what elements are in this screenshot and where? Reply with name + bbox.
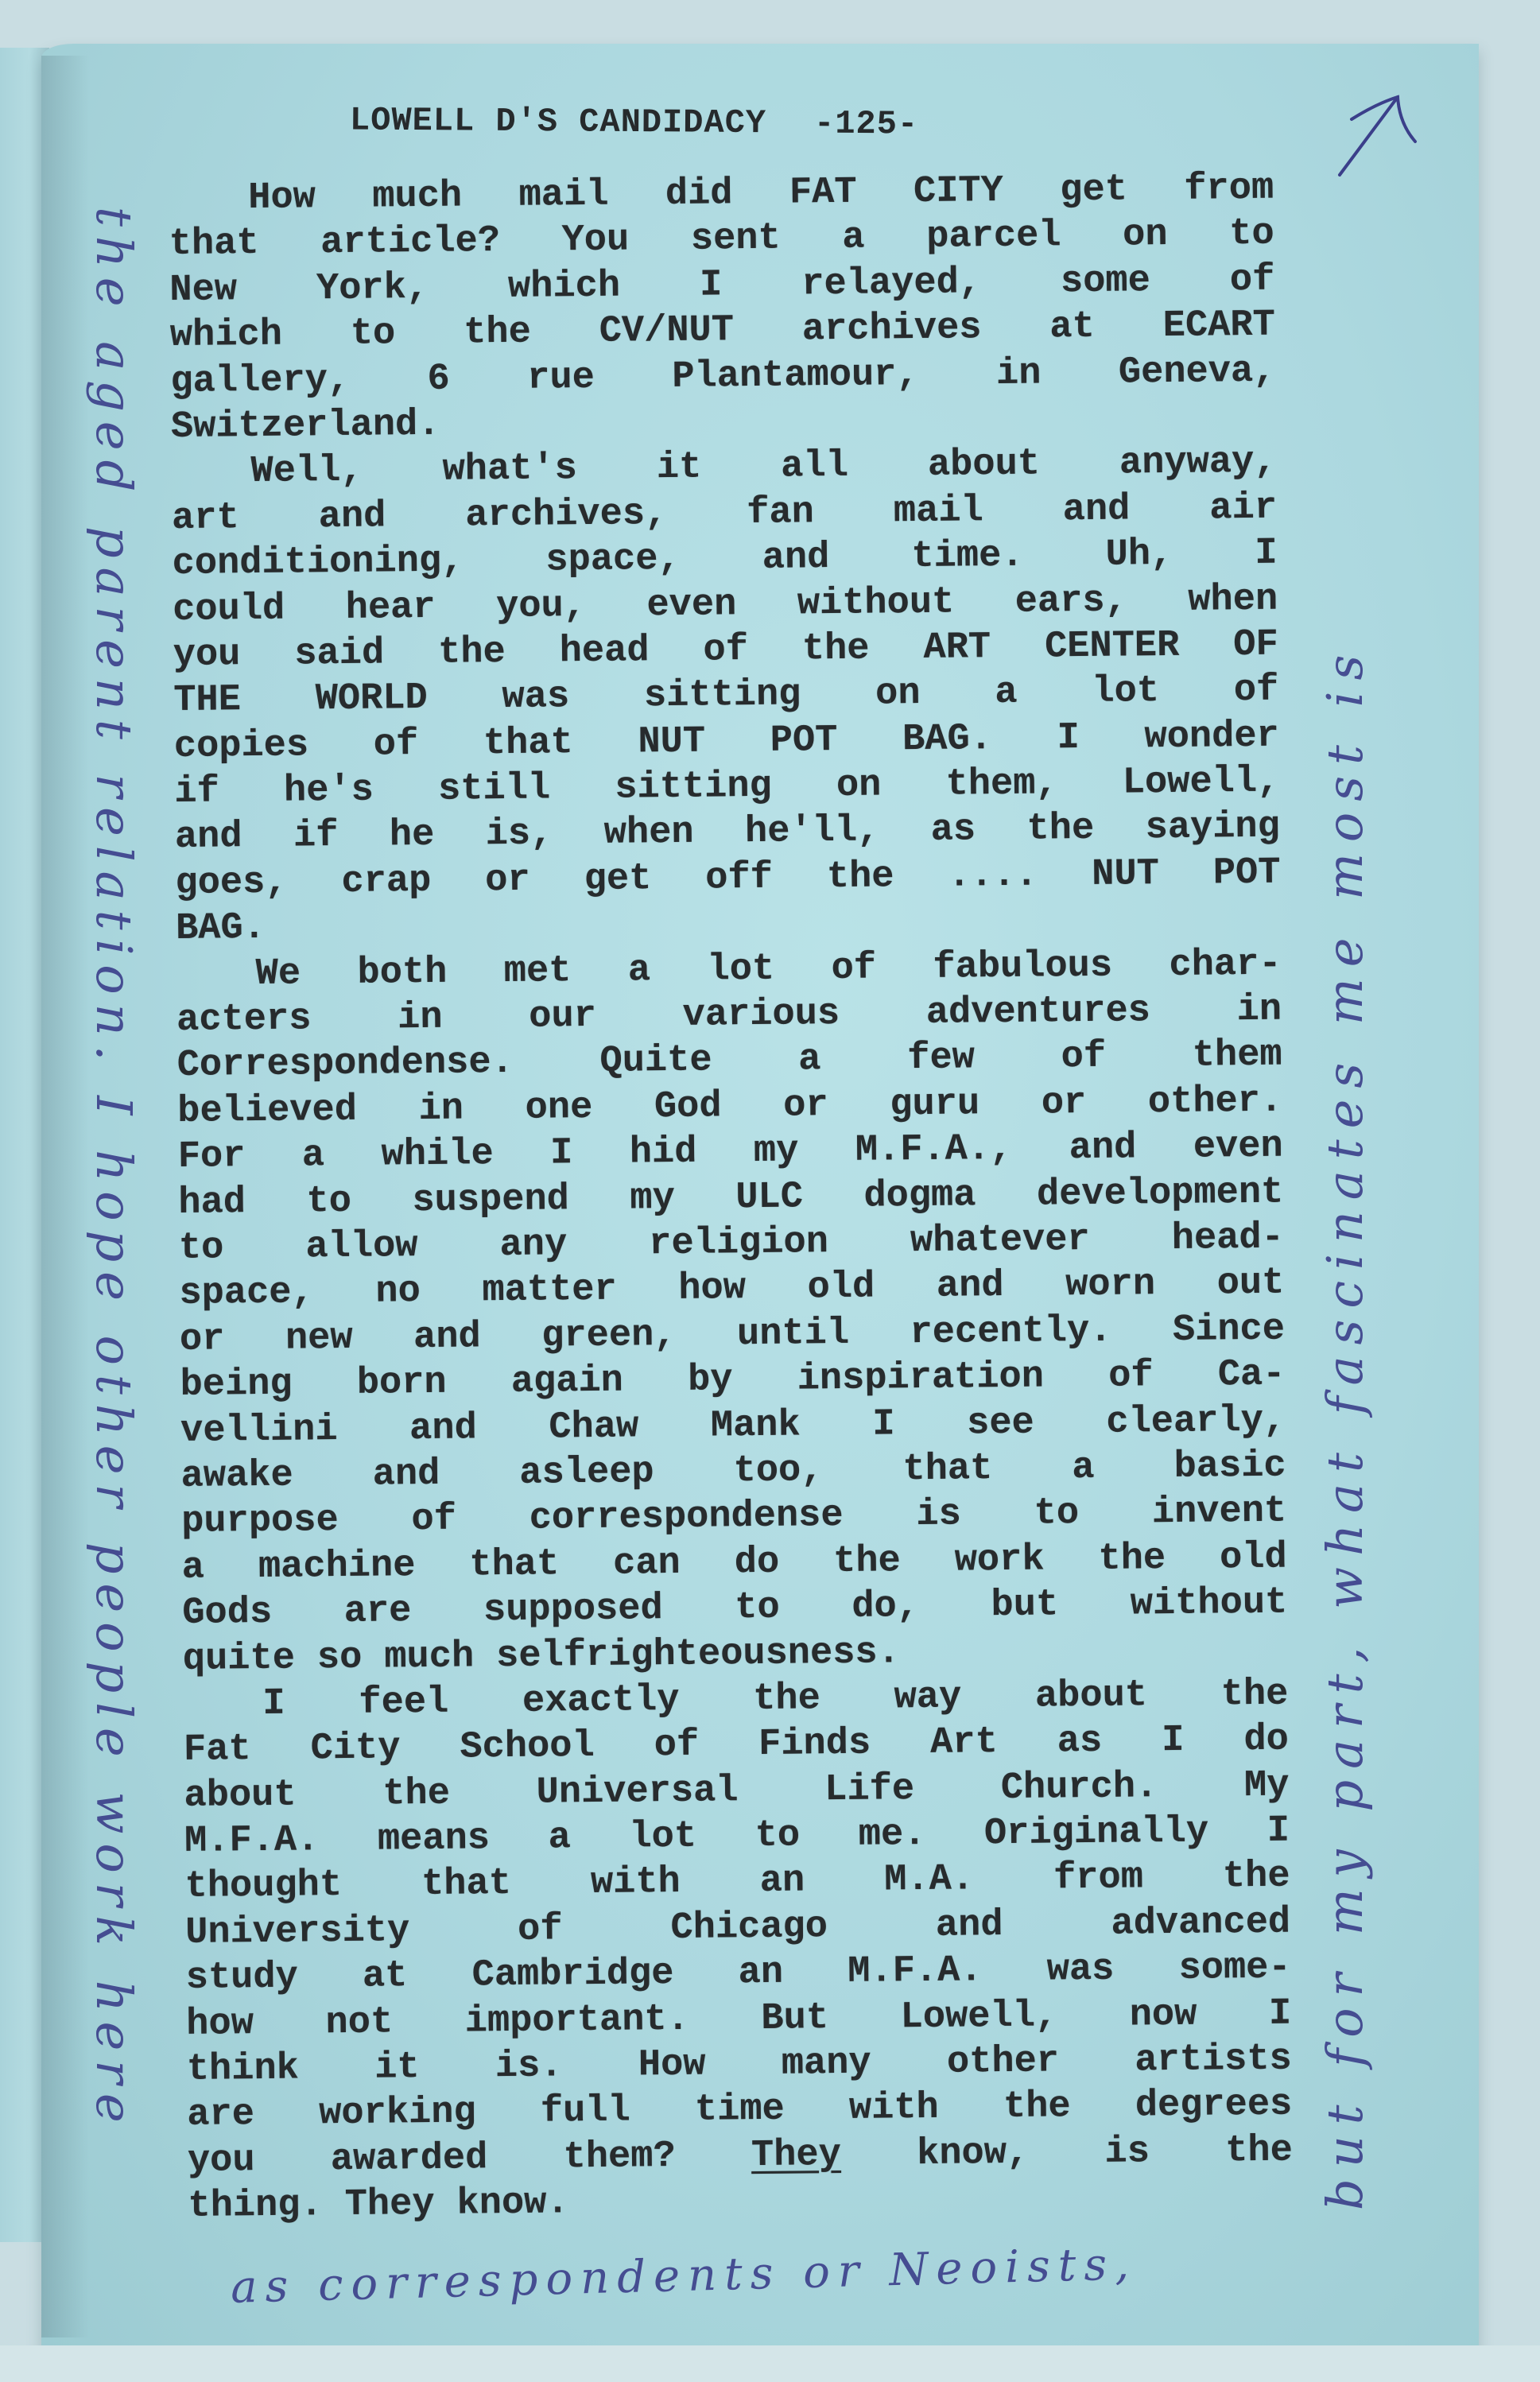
- page-gutter-shadow: [41, 56, 89, 2337]
- word: he: [390, 813, 435, 859]
- word: a: [182, 1545, 205, 1591]
- word: a: [548, 1815, 571, 1861]
- word: it: [657, 445, 702, 491]
- word: did: [665, 171, 733, 217]
- word: Switzerland.: [171, 402, 440, 451]
- word: Chaw: [549, 1404, 638, 1450]
- word: do: [734, 1539, 779, 1585]
- word: Correspondense.: [176, 1040, 514, 1088]
- word: do: [1243, 1717, 1289, 1763]
- word: one: [525, 1085, 592, 1131]
- word: I: [550, 1131, 573, 1177]
- word: no: [375, 1269, 421, 1315]
- word: a: [1072, 1445, 1095, 1492]
- word: it: [374, 2045, 420, 2091]
- word: out: [1216, 1261, 1284, 1307]
- word: M.F.A.: [184, 1818, 320, 1864]
- word: My: [1244, 1763, 1290, 1809]
- word: them?: [563, 2134, 676, 2181]
- word: and: [372, 1452, 440, 1498]
- word: various: [682, 991, 840, 1038]
- running-header: LOWELL D'S CANDIDACY-125-: [350, 102, 918, 144]
- word: at: [363, 1953, 408, 2000]
- word: our: [529, 994, 596, 1040]
- word: of: [703, 627, 748, 673]
- word: and: [409, 1406, 477, 1452]
- word: degrees: [1135, 2082, 1293, 2129]
- word: Quite: [599, 1038, 712, 1085]
- word: New: [169, 267, 237, 313]
- word: and: [319, 494, 386, 540]
- word: Originally: [984, 1810, 1209, 1857]
- word: as: [930, 808, 976, 854]
- word: some-: [1178, 1946, 1291, 1992]
- word: way: [894, 1674, 961, 1721]
- word: means: [378, 1816, 491, 1863]
- word: much: [384, 1634, 474, 1680]
- word: worn: [1065, 1263, 1155, 1309]
- word: M.F.A.,: [855, 1127, 1013, 1174]
- word: POT: [770, 718, 837, 764]
- word: recently.: [910, 1308, 1111, 1356]
- word: without: [797, 580, 955, 627]
- word: still: [438, 766, 551, 813]
- word: religion: [649, 1220, 828, 1267]
- word: I: [1255, 531, 1278, 577]
- word: I: [1267, 1809, 1290, 1855]
- word: of: [1108, 1353, 1154, 1399]
- word: For: [178, 1134, 246, 1180]
- word: 6: [427, 356, 450, 402]
- word: off: [705, 855, 773, 902]
- word: the: [802, 626, 870, 672]
- word: article?: [320, 219, 500, 266]
- word: is,: [485, 812, 553, 858]
- word: mail: [518, 173, 608, 219]
- word: How: [248, 175, 316, 221]
- word: with: [591, 1860, 681, 1906]
- word: lot: [629, 1814, 696, 1860]
- word: working: [319, 2090, 476, 2137]
- word: by: [688, 1357, 733, 1403]
- word: I: [872, 1402, 895, 1448]
- word: York,: [316, 266, 429, 312]
- word: quite: [183, 1635, 296, 1682]
- word: M.A.: [884, 1857, 974, 1903]
- word: the: [438, 630, 506, 676]
- word: are: [187, 2092, 254, 2138]
- word: that: [421, 1861, 511, 1907]
- word: whatever: [910, 1217, 1090, 1265]
- word: or: [180, 1317, 225, 1363]
- word: to: [351, 311, 396, 357]
- word: M.F.A.: [848, 1949, 983, 1996]
- word: the: [827, 854, 894, 900]
- word: basic: [1173, 1444, 1286, 1491]
- word: to: [754, 1814, 800, 1860]
- word: while: [381, 1131, 494, 1178]
- word: new: [285, 1316, 353, 1362]
- word: on: [1123, 212, 1168, 258]
- word: lot: [707, 946, 774, 992]
- word: that: [169, 221, 259, 267]
- word: ears,: [1015, 578, 1128, 625]
- word: mail: [894, 488, 983, 534]
- word: of: [1061, 1034, 1106, 1080]
- word: Universal: [536, 1768, 738, 1816]
- word: selfrighteousness.: [496, 1630, 900, 1679]
- word: to: [306, 1178, 351, 1224]
- word: thought: [184, 1863, 342, 1910]
- word: hear: [346, 584, 436, 630]
- word: Geneva,: [1119, 348, 1276, 395]
- word: dogma: [863, 1173, 976, 1220]
- word: you: [188, 2138, 255, 2184]
- word: asleep: [519, 1449, 654, 1496]
- word: I: [262, 1682, 285, 1728]
- word: was: [1046, 1947, 1114, 1993]
- word: when: [1188, 576, 1278, 623]
- word: lot: [1092, 669, 1159, 715]
- word: is: [1104, 2129, 1150, 2175]
- word: an: [760, 1859, 805, 1905]
- word: believed: [177, 1088, 357, 1135]
- word: relayed,: [801, 260, 981, 308]
- word: City: [310, 1726, 400, 1772]
- word: and: [413, 1314, 481, 1360]
- word: crap: [341, 859, 431, 905]
- word: of: [1234, 668, 1279, 714]
- header-title: LOWELL D'S CANDIDACY: [350, 102, 766, 143]
- word: feel: [359, 1680, 448, 1726]
- word: air: [1209, 485, 1277, 531]
- word: about: [1035, 1673, 1148, 1720]
- word: the: [833, 1538, 901, 1585]
- word: green,: [541, 1313, 677, 1360]
- word: God: [654, 1084, 722, 1130]
- word: until: [737, 1311, 850, 1358]
- word: in: [398, 995, 443, 1042]
- word: head-: [1172, 1216, 1285, 1263]
- word: to: [735, 1585, 780, 1631]
- word: without: [1131, 1581, 1288, 1627]
- word: full: [541, 2089, 630, 2135]
- word: he'll,: [745, 809, 880, 855]
- word: that: [469, 1542, 559, 1588]
- word: any: [499, 1222, 567, 1268]
- word: many: [782, 2041, 871, 2087]
- handwritten-right-margin-note: but for my part, what fascinates me most…: [1316, 644, 1374, 2210]
- word: think: [187, 2046, 300, 2093]
- word: acters: [176, 996, 312, 1043]
- word: see: [967, 1400, 1034, 1446]
- word: you,: [496, 584, 586, 630]
- word: to: [179, 1225, 224, 1271]
- word: other.: [1148, 1078, 1283, 1125]
- word: THE: [173, 677, 241, 724]
- word: supposed: [483, 1586, 663, 1634]
- word: NUT: [638, 719, 705, 765]
- word: Mank: [711, 1402, 801, 1449]
- word: We: [255, 951, 301, 997]
- word: Plantamour,: [672, 352, 919, 400]
- word: them,: [945, 761, 1058, 808]
- word: matter: [482, 1267, 617, 1314]
- word: Ca-: [1218, 1352, 1286, 1399]
- word: art: [172, 495, 239, 541]
- word: much: [372, 173, 462, 219]
- word: know,: [917, 2131, 1030, 2178]
- word: the: [1223, 1854, 1290, 1900]
- word: They: [751, 2132, 841, 2178]
- word: How: [638, 2043, 706, 2089]
- word: the: [1026, 806, 1094, 852]
- word: saying: [1145, 805, 1280, 852]
- word: Since: [1173, 1306, 1286, 1353]
- word: You: [561, 218, 629, 264]
- word: as: [1057, 1719, 1103, 1765]
- word: if: [174, 770, 219, 816]
- word: gallery,: [170, 357, 350, 405]
- word: so: [317, 1635, 363, 1681]
- word: space,: [179, 1271, 314, 1317]
- word: not: [325, 2000, 393, 2046]
- word: a: [995, 670, 1018, 716]
- word: had: [178, 1180, 246, 1226]
- word: Church.: [1001, 1764, 1158, 1811]
- word: Cambridge: [471, 1951, 673, 1999]
- word: I: [1162, 1718, 1185, 1764]
- word: other: [947, 2039, 1060, 2085]
- word: a: [798, 1038, 821, 1084]
- word: ....: [948, 852, 1038, 898]
- word: I: [700, 262, 723, 308]
- word: of: [831, 945, 876, 991]
- word: some: [1061, 258, 1150, 305]
- word: the: [1003, 2085, 1071, 2131]
- word: met: [504, 949, 572, 995]
- word: Lowell,: [900, 1993, 1057, 2040]
- word: purpose: [181, 1498, 339, 1545]
- word: But: [761, 1996, 828, 2042]
- word: in: [1236, 987, 1282, 1034]
- word: are: [344, 1589, 412, 1635]
- word: do,: [851, 1584, 919, 1630]
- handwritten-left-margin-note: the aged parent relation. I hope other p…: [85, 207, 143, 2132]
- word: how: [678, 1266, 746, 1312]
- word: fabulous: [933, 943, 1112, 991]
- word: few: [907, 1036, 975, 1082]
- word: the: [753, 1676, 820, 1722]
- word: but: [991, 1582, 1058, 1628]
- word: fan: [747, 490, 814, 536]
- word: or: [783, 1083, 828, 1129]
- word: They: [344, 2182, 434, 2228]
- word: BAG.: [176, 906, 266, 952]
- word: and: [175, 815, 242, 861]
- word: both: [357, 949, 447, 995]
- word: is.: [495, 2043, 563, 2089]
- word: Lowell,: [1123, 759, 1280, 806]
- word: BAG.: [902, 716, 992, 762]
- word: can: [613, 1541, 681, 1587]
- word: an: [738, 1950, 783, 1996]
- word: the: [1225, 2128, 1293, 2174]
- word: goes,: [175, 859, 288, 906]
- word: archives: [802, 305, 982, 353]
- word: wonder: [1144, 713, 1279, 760]
- word: suspend: [412, 1177, 569, 1224]
- word: time: [695, 2087, 785, 2133]
- word: he's: [284, 768, 374, 814]
- word: I: [1269, 1991, 1292, 2037]
- word: to: [1229, 211, 1274, 258]
- word: Fat: [184, 1727, 251, 1773]
- word: advanced: [1111, 1899, 1290, 1947]
- word: CITY: [914, 169, 1003, 215]
- word: sitting: [644, 673, 801, 720]
- word: anyway,: [1119, 440, 1277, 487]
- word: thing.: [188, 2182, 323, 2229]
- word: of: [518, 1907, 563, 1953]
- word: Uh,: [1105, 532, 1173, 578]
- word: conditioning,: [172, 539, 464, 588]
- word: Art: [930, 1720, 998, 1766]
- word: correspondense: [529, 1493, 843, 1542]
- word: my: [754, 1129, 799, 1175]
- body-text: HowmuchmaildidFATCITYgetfromthatarticle?…: [169, 166, 1294, 2230]
- word: Well,: [250, 448, 363, 495]
- word: in: [418, 1086, 464, 1132]
- word: sitting: [615, 764, 772, 811]
- word: CENTER: [1045, 623, 1180, 670]
- word: awake: [180, 1453, 293, 1500]
- word: said: [294, 630, 384, 677]
- word: artists: [1135, 2037, 1292, 2084]
- word: char-: [1169, 941, 1282, 988]
- word: adventures: [926, 988, 1151, 1036]
- word: rue: [527, 355, 595, 401]
- word: University: [185, 1908, 410, 1956]
- word: too,: [733, 1448, 823, 1494]
- word: being: [180, 1362, 293, 1409]
- word: CV/NUT: [599, 308, 734, 355]
- word: space,: [545, 537, 681, 584]
- word: clearly,: [1106, 1398, 1286, 1445]
- word: that: [483, 720, 573, 766]
- word: ULC: [735, 1174, 803, 1220]
- word: the: [382, 1771, 450, 1817]
- word: and: [1063, 487, 1131, 533]
- word: was: [502, 674, 569, 720]
- word: what's: [442, 446, 577, 493]
- word: and: [1069, 1126, 1136, 1172]
- page-number: -125-: [814, 105, 918, 144]
- word: of: [411, 1497, 456, 1543]
- word: from: [1053, 1856, 1143, 1902]
- word: of: [654, 1723, 699, 1769]
- word: them: [1193, 1033, 1282, 1079]
- word: or: [1042, 1080, 1087, 1127]
- word: vellini: [180, 1407, 338, 1454]
- word: the: [464, 310, 531, 356]
- word: me.: [859, 1812, 926, 1858]
- word: ECART: [1163, 303, 1276, 350]
- word: a: [842, 215, 865, 262]
- word: archives,: [465, 491, 667, 539]
- word: in: [996, 351, 1042, 397]
- word: even: [1193, 1124, 1283, 1170]
- word: which: [170, 312, 283, 359]
- word: invent: [1152, 1489, 1287, 1536]
- word: machine: [258, 1543, 416, 1590]
- word: at: [1049, 305, 1095, 351]
- word: copies: [174, 723, 309, 770]
- word: with: [849, 2085, 939, 2132]
- word: know.: [456, 2180, 569, 2227]
- word: about: [184, 1772, 297, 1819]
- word: old: [807, 1265, 875, 1311]
- word: I: [1057, 716, 1080, 762]
- word: if: [293, 813, 339, 859]
- word: the: [1098, 1536, 1166, 1582]
- word: again: [511, 1359, 624, 1406]
- word: FAT: [789, 170, 857, 216]
- word: you: [173, 632, 241, 678]
- word: the: [1220, 1671, 1288, 1717]
- word: exactly: [522, 1678, 680, 1724]
- word: study: [185, 1955, 298, 2002]
- word: born: [357, 1360, 447, 1406]
- word: get: [1060, 167, 1127, 213]
- word: ART: [923, 625, 991, 671]
- word: allow: [305, 1224, 418, 1271]
- word: my: [630, 1176, 675, 1222]
- word: and: [936, 1903, 1003, 1949]
- word: work: [954, 1537, 1044, 1583]
- word: from: [1184, 166, 1274, 212]
- word: of: [374, 722, 419, 768]
- word: which: [508, 263, 621, 310]
- word: get: [584, 856, 651, 902]
- word: even: [646, 582, 736, 628]
- word: on: [875, 671, 921, 717]
- word: old: [1220, 1534, 1287, 1581]
- word: Gods: [182, 1590, 272, 1636]
- arrow-up-right-icon: [1328, 87, 1423, 183]
- word: WORLD: [315, 676, 428, 723]
- word: that: [902, 1446, 992, 1492]
- word: Chicago: [670, 1904, 828, 1951]
- word: on: [836, 763, 882, 809]
- word: guru: [890, 1081, 979, 1127]
- word: how: [186, 2001, 254, 2047]
- word: Finds: [758, 1721, 871, 1768]
- word: head: [559, 628, 649, 674]
- word: NUT: [1092, 852, 1159, 898]
- word: hid: [630, 1130, 697, 1176]
- word: when: [604, 810, 694, 856]
- word: to: [1034, 1491, 1079, 1537]
- word: now: [1129, 1992, 1197, 2038]
- word: and: [937, 1263, 1004, 1309]
- word: a: [628, 948, 651, 994]
- word: and: [762, 535, 829, 581]
- word: could: [173, 586, 285, 633]
- word: POT: [1213, 850, 1281, 896]
- word: sent: [691, 216, 781, 262]
- word: time.: [911, 533, 1024, 580]
